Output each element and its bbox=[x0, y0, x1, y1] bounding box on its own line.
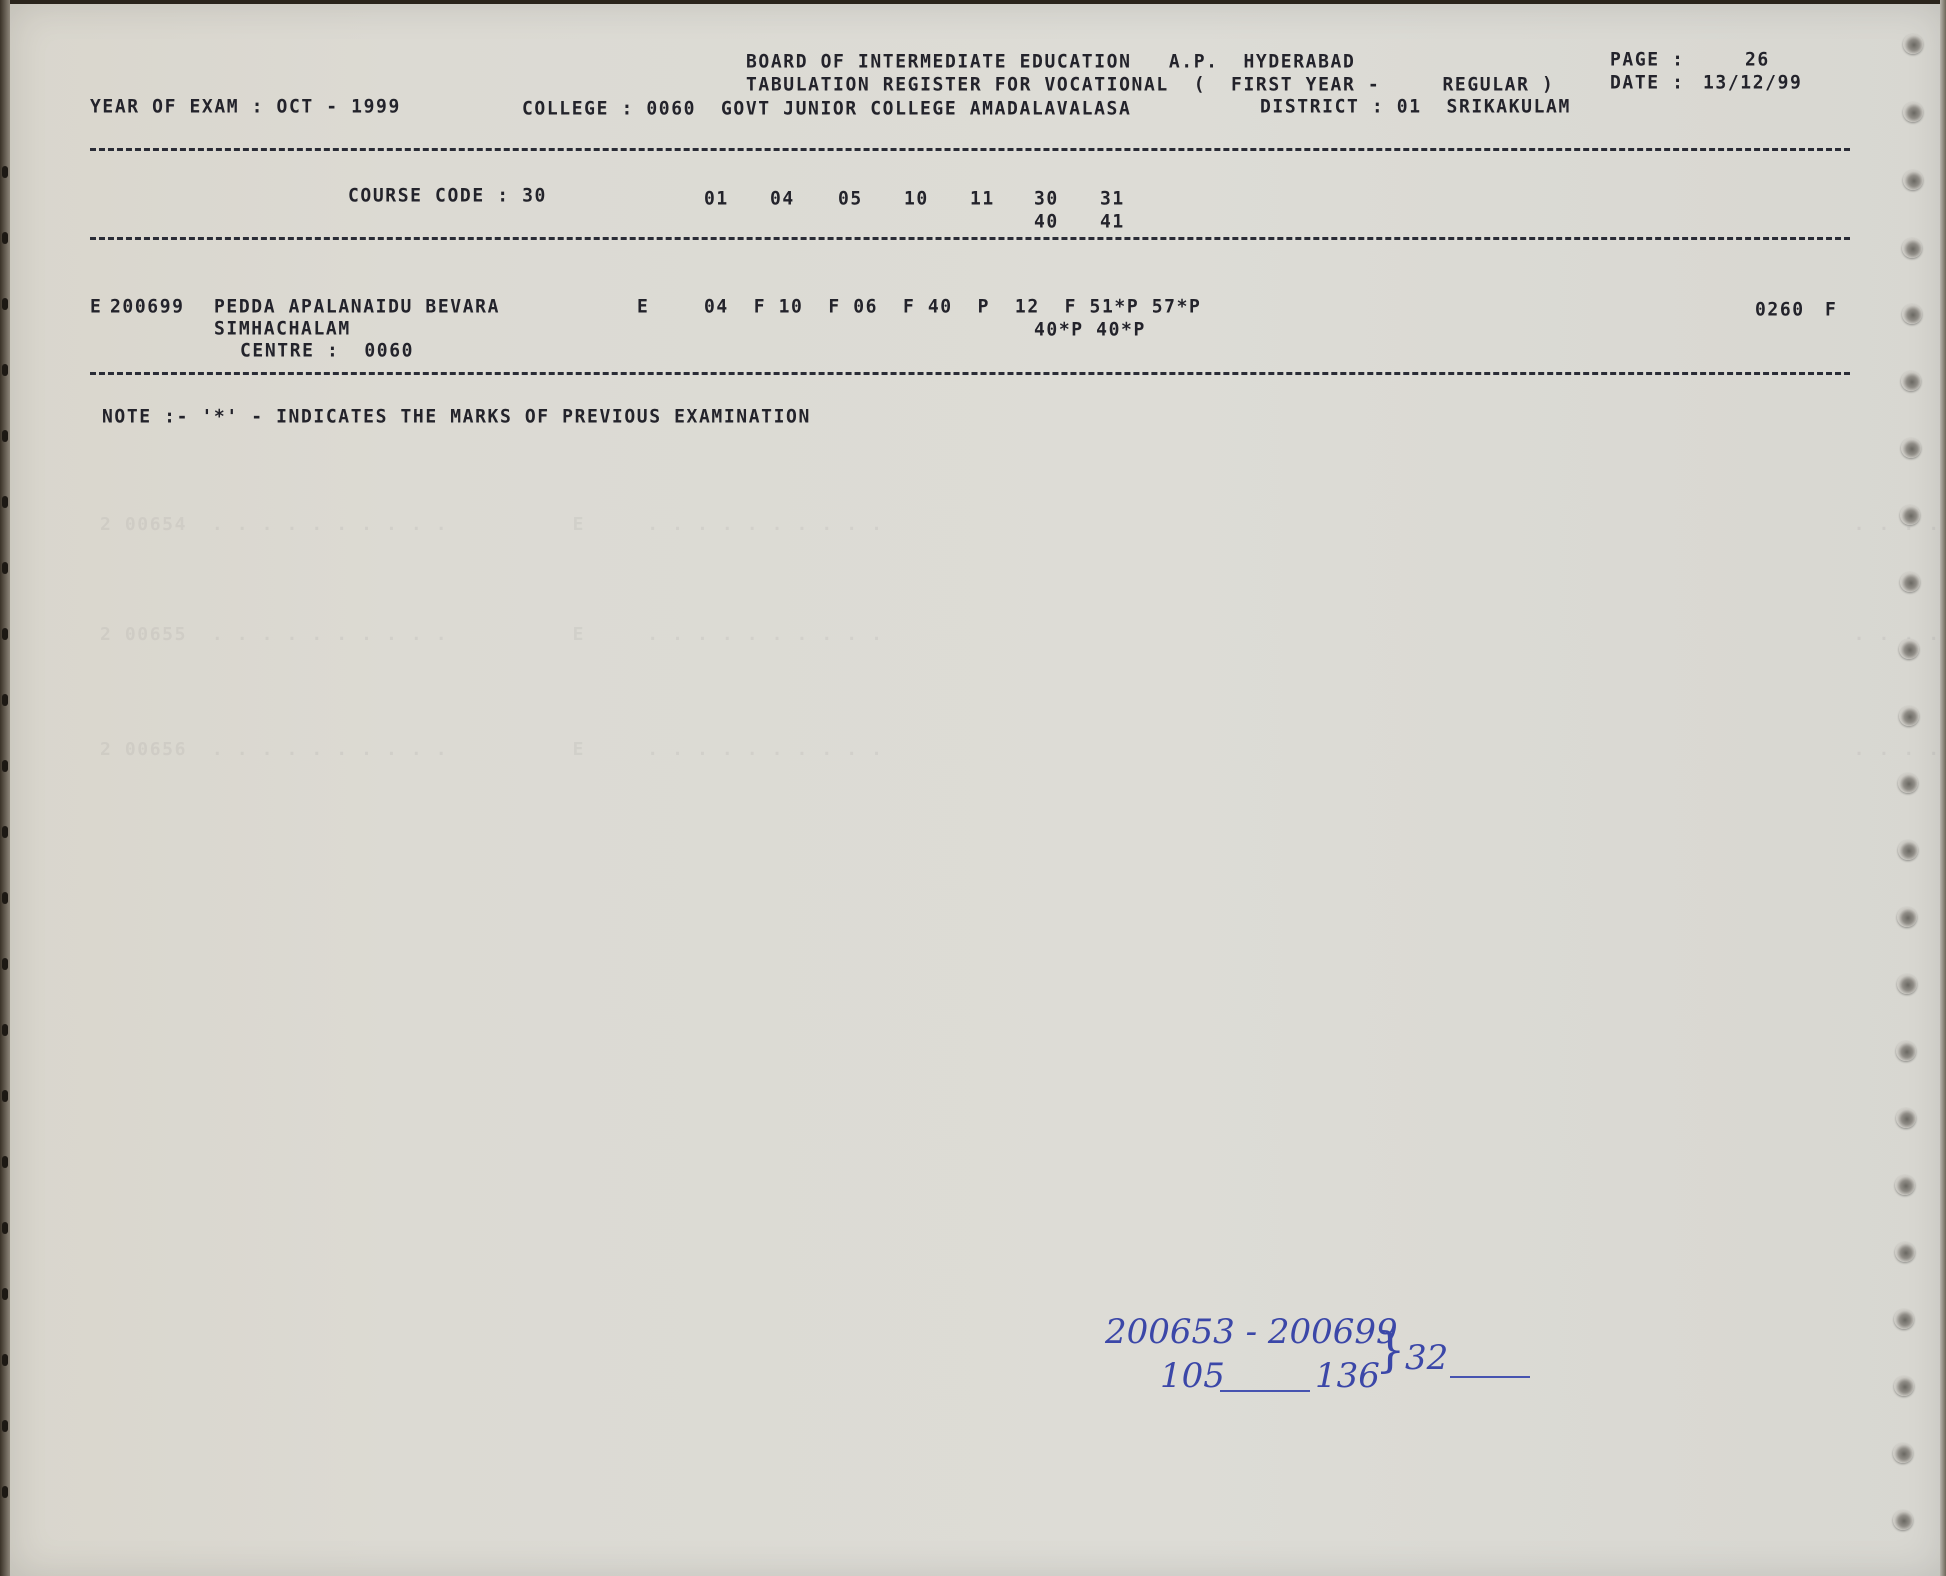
subject-code: 01 bbox=[704, 187, 729, 209]
student-prefix: E bbox=[90, 295, 102, 317]
binding-hole-icon bbox=[2, 430, 8, 442]
binder-hole-icon bbox=[1902, 238, 1922, 258]
binder-hole-icon bbox=[1897, 907, 1917, 927]
binding-hole-icon bbox=[2, 1156, 8, 1168]
handwritten-end: 136 bbox=[1315, 1356, 1380, 1396]
binding-hole-icon bbox=[2, 694, 8, 706]
binding-hole-icon bbox=[2, 958, 8, 970]
subject-code: 40 bbox=[1034, 210, 1059, 232]
right-page-edge bbox=[1940, 0, 1946, 1576]
binding-hole-icon bbox=[2, 166, 8, 178]
binding-hole-icon bbox=[2, 892, 8, 904]
subject-code: 31 bbox=[1100, 187, 1125, 209]
binder-hole-icon bbox=[1895, 1242, 1915, 1262]
binder-hole-icon bbox=[1894, 1309, 1914, 1329]
binding-hole-icon bbox=[2, 1222, 8, 1234]
subject-code: 11 bbox=[970, 187, 995, 209]
binder-hole-icon bbox=[1893, 1510, 1913, 1530]
handwritten-dash bbox=[1220, 1390, 1310, 1392]
handwritten-start: 105 bbox=[1160, 1356, 1225, 1396]
note-text: NOTE :- '*' - INDICATES THE MARKS OF PRE… bbox=[102, 405, 811, 427]
ghost-text: 2 00656 . . . . . . . . . . E . . . . . … bbox=[100, 739, 1941, 760]
binding-hole-icon bbox=[2, 562, 8, 574]
binder-hole-icon bbox=[1903, 170, 1923, 190]
medium: E bbox=[637, 295, 649, 317]
subject-code: 10 bbox=[904, 187, 929, 209]
marks-row: 04 F 10 F 06 F 40 P 12 F 51*P 57*P bbox=[704, 295, 1201, 317]
binder-hole-icon bbox=[1899, 706, 1919, 726]
handwritten-range: 200653 - 200699 bbox=[1105, 1312, 1398, 1352]
separator-line bbox=[90, 237, 1850, 240]
binder-hole-icon bbox=[1896, 1041, 1916, 1061]
separator-line bbox=[90, 148, 1850, 151]
binding-hole-icon bbox=[2, 628, 8, 640]
result: F bbox=[1825, 298, 1837, 320]
subject-code: 04 bbox=[770, 187, 795, 209]
binder-hole-icon bbox=[1900, 572, 1920, 592]
binder-hole-icon bbox=[1900, 505, 1920, 525]
board-title: BOARD OF INTERMEDIATE EDUCATION A.P. HYD… bbox=[746, 50, 1355, 72]
binding-hole-icon bbox=[2, 496, 8, 508]
binding-hole-icon bbox=[2, 1354, 8, 1366]
ghost-text: 2 00654 . . . . . . . . . . E . . . . . … bbox=[100, 514, 1941, 535]
register-title: TABULATION REGISTER FOR VOCATIONAL ( FIR… bbox=[746, 73, 1554, 95]
binding-hole-icon bbox=[2, 298, 8, 310]
tabulation-register-page: 2 00654 . . . . . . . . . . E . . . . . … bbox=[10, 4, 1944, 1576]
binding-hole-icon bbox=[2, 1420, 8, 1432]
binder-hole-icon bbox=[1898, 773, 1918, 793]
year-of-exam: YEAR OF EXAM : OCT - 1999 bbox=[90, 95, 401, 117]
separator-line bbox=[90, 372, 1850, 375]
ghost-text: 2 00655 . . . . . . . . . . E . . . . . … bbox=[100, 624, 1941, 645]
binding-hole-icon bbox=[2, 1486, 8, 1498]
binding-hole-icon bbox=[2, 1288, 8, 1300]
college-info: COLLEGE : 0060 GOVT JUNIOR COLLEGE AMADA… bbox=[522, 97, 1131, 119]
binding-hole-icon bbox=[2, 1024, 8, 1036]
handwritten-brace: } bbox=[1375, 1322, 1406, 1378]
centre-code: CENTRE : 0060 bbox=[240, 339, 414, 361]
subject-code: 30 bbox=[1034, 187, 1059, 209]
hall-ticket-number: 200699 bbox=[110, 295, 185, 317]
subject-code: 41 bbox=[1100, 210, 1125, 232]
date-label: DATE : bbox=[1610, 71, 1685, 93]
binder-hole-icon bbox=[1899, 639, 1919, 659]
binder-hole-icon bbox=[1897, 974, 1917, 994]
binding-hole-icon bbox=[2, 760, 8, 772]
binder-hole-icon bbox=[1895, 1175, 1915, 1195]
student-name-line2: SIMHACHALAM bbox=[214, 317, 351, 339]
binder-hole-icon bbox=[1898, 840, 1918, 860]
binding-hole-icon bbox=[2, 1090, 8, 1102]
handwritten-count: 32 bbox=[1405, 1338, 1448, 1378]
binder-hole-icon bbox=[1903, 102, 1923, 122]
binder-hole-icon bbox=[1903, 34, 1923, 54]
page-label: PAGE : bbox=[1610, 48, 1685, 70]
district-info: DISTRICT : 01 SRIKAKULAM bbox=[1260, 95, 1571, 117]
binding-hole-icon bbox=[2, 232, 8, 244]
binding-hole-icon bbox=[2, 826, 8, 838]
page-number: 26 bbox=[1745, 48, 1770, 70]
student-name: PEDDA APALANAIDU BEVARA bbox=[214, 295, 500, 317]
binder-hole-icon bbox=[1893, 1443, 1913, 1463]
binder-hole-icon bbox=[1901, 371, 1921, 391]
date-value: 13/12/99 bbox=[1703, 71, 1803, 93]
binder-hole-icon bbox=[1894, 1376, 1914, 1396]
subject-code: 05 bbox=[838, 187, 863, 209]
course-code: COURSE CODE : 30 bbox=[348, 184, 547, 206]
total-marks: 0260 bbox=[1755, 298, 1805, 320]
binder-hole-icon bbox=[1896, 1108, 1916, 1128]
handwritten-underline bbox=[1450, 1376, 1530, 1378]
binding-hole-icon bbox=[2, 364, 8, 376]
binder-hole-icon bbox=[1901, 438, 1921, 458]
binder-hole-icon bbox=[1902, 304, 1922, 324]
marks-row-2: 40*P 40*P bbox=[1034, 318, 1146, 340]
